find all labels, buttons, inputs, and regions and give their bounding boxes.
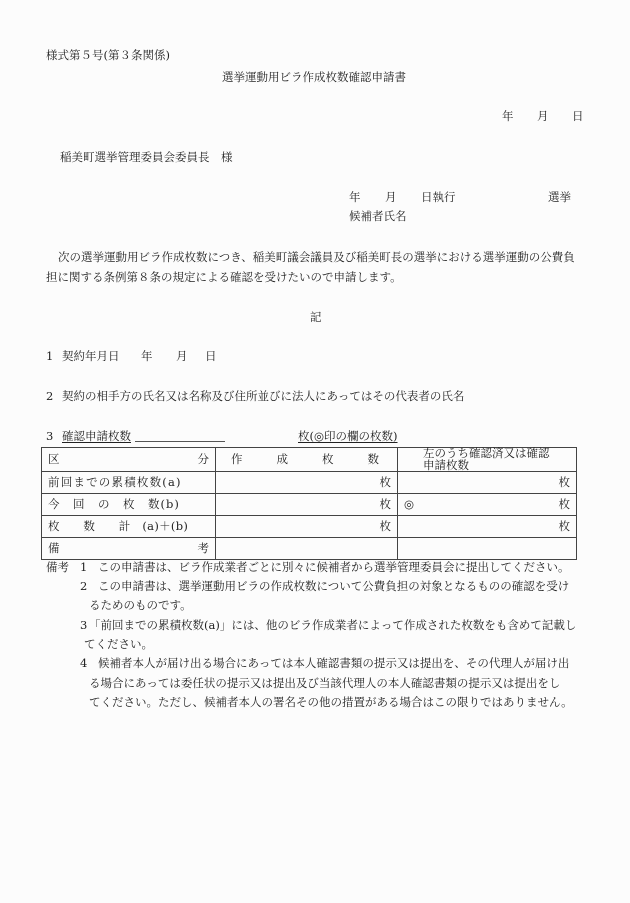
note-4-line-2: る場合にあっては委任状の提示又は提出及び当該代理人の本人確認書類の提示又は提出を… [89, 678, 560, 690]
item-2-num: 2 [46, 391, 53, 403]
remarks-cell[interactable] [216, 538, 398, 560]
created-count-cell[interactable]: 枚 [216, 494, 398, 516]
item-1-month: 月 [176, 351, 188, 363]
note-2-num: 2 [80, 581, 87, 593]
header-confirmed-line-2: 申請枚数 [423, 460, 570, 472]
item-1-num: 1 [46, 351, 53, 363]
body-line-1: 次の選挙運動用ビラ作成枚数につき、稲美町議会議員及び稲美町長の選挙における選挙運… [58, 252, 575, 264]
item-1-label: 契約年月日 [62, 351, 120, 363]
page-title: 選挙運動用ビラ作成枚数確認申請書 [222, 72, 406, 84]
item-3-suffix: 枚(◎印の欄の枚数) [298, 431, 398, 443]
header-created-char: 成 [277, 454, 289, 466]
header-created-char: 作 [231, 454, 243, 466]
remarks-cell[interactable] [398, 538, 577, 560]
note-2-line-2: るためのものです。 [89, 600, 192, 612]
note-1-num: 1 [80, 562, 87, 574]
date-month: 月 [537, 111, 549, 123]
row-label: 前回までの累積枚数(a) [42, 472, 216, 494]
note-2-line-1: この申請書は、選挙運動用ビラの作成枚数について公費負担の対象となるものの確認を受… [98, 581, 569, 593]
table-row: 前回までの累積枚数(a) 枚 枚 [42, 472, 577, 494]
election-day-exec: 日執行 [421, 192, 456, 204]
table-row: 枚 数 計 (a)＋(b) 枚 枚 [42, 516, 577, 538]
date-day: 日 [572, 111, 584, 123]
unit-label: 枚 [559, 519, 571, 533]
confirmed-count-cell[interactable]: 枚 [398, 472, 577, 494]
count-table: 区分 作 成 枚 数 左のうち確認済又は確認 申請枚数 前回までの累積枚数(a)… [41, 447, 577, 560]
candidate-name-label: 候補者氏名 [349, 211, 407, 223]
note-4-num: 4 [80, 658, 87, 670]
body-line-2: 担に関する条例第８条の規定による確認を受けたいので申請します。 [46, 272, 402, 284]
confirmed-count-cell[interactable]: 枚 [398, 516, 577, 538]
header-created-count: 作 成 枚 数 [216, 448, 398, 472]
table-row: 備考 [42, 538, 577, 560]
header-created-char: 数 [368, 454, 380, 466]
item-1-day: 日 [205, 351, 217, 363]
created-count-cell[interactable]: 枚 [216, 472, 398, 494]
note-4-line-1: 候補者本人が届け出る場合にあっては本人確認書類の提示又は提出を、その代理人が届け… [98, 658, 569, 670]
header-category-b: 分 [198, 454, 210, 466]
election-year: 年 [349, 192, 361, 204]
date-year: 年 [502, 111, 514, 123]
double-circle-mark-icon: ◎ [404, 499, 414, 511]
row-label-remarks: 備考 [42, 538, 216, 560]
item-1-year: 年 [141, 351, 153, 363]
unit-label: 枚 [380, 475, 392, 489]
unit-label: 枚 [559, 499, 571, 511]
ki-heading: 記 [310, 312, 322, 324]
item-3-label: 確認申請枚数 [62, 431, 131, 443]
unit-label: 枚 [559, 475, 571, 489]
notes-heading: 備考 [46, 562, 69, 574]
form-id: 様式第５号(第３条関係) [46, 50, 170, 62]
item-2-label: 契約の相手方の氏名又は名称及び住所並びに法人にあってはその代表者の氏名 [62, 391, 464, 403]
row-label: 今 回 の 枚 数(b) [42, 494, 216, 516]
header-category-a: 区 [48, 454, 60, 466]
confirmed-count-cell[interactable]: ◎枚 [398, 494, 577, 516]
note-3-line-1: 「前回までの累積枚数(a)」には、他のビラ作成業者によって作成された枚数をも含め… [89, 620, 576, 632]
addressee: 稲美町選挙管理委員会委員長 様 [60, 152, 233, 164]
note-3-line-2: てください。 [84, 639, 153, 651]
note-4-line-3: てください。ただし、候補者本人の署名その他の措置がある場合はこの限りではありませ… [89, 697, 573, 709]
table-row: 今 回 の 枚 数(b) 枚 ◎枚 [42, 494, 577, 516]
header-category: 区分 [42, 448, 216, 472]
row-label: 枚 数 計 (a)＋(b) [42, 516, 216, 538]
table-header-row: 区分 作 成 枚 数 左のうち確認済又は確認 申請枚数 [42, 448, 577, 472]
note-1-text: この申請書は、ビラ作成業者ごとに別々に候補者から選挙管理委員会に提出してください… [98, 562, 570, 574]
item-3-underline [135, 441, 225, 442]
remarks-label-a: 備 [48, 543, 60, 555]
unit-label: 枚 [380, 519, 392, 533]
election-label: 選挙 [548, 192, 571, 204]
created-count-cell[interactable]: 枚 [216, 516, 398, 538]
unit-label: 枚 [380, 497, 392, 511]
note-3-num: 3 [80, 620, 87, 632]
item-3-num: 3 [46, 431, 53, 443]
remarks-label-b: 考 [198, 543, 210, 555]
header-created-char: 枚 [322, 454, 334, 466]
header-confirmed-count: 左のうち確認済又は確認 申請枚数 [398, 448, 577, 472]
election-month: 月 [385, 192, 397, 204]
